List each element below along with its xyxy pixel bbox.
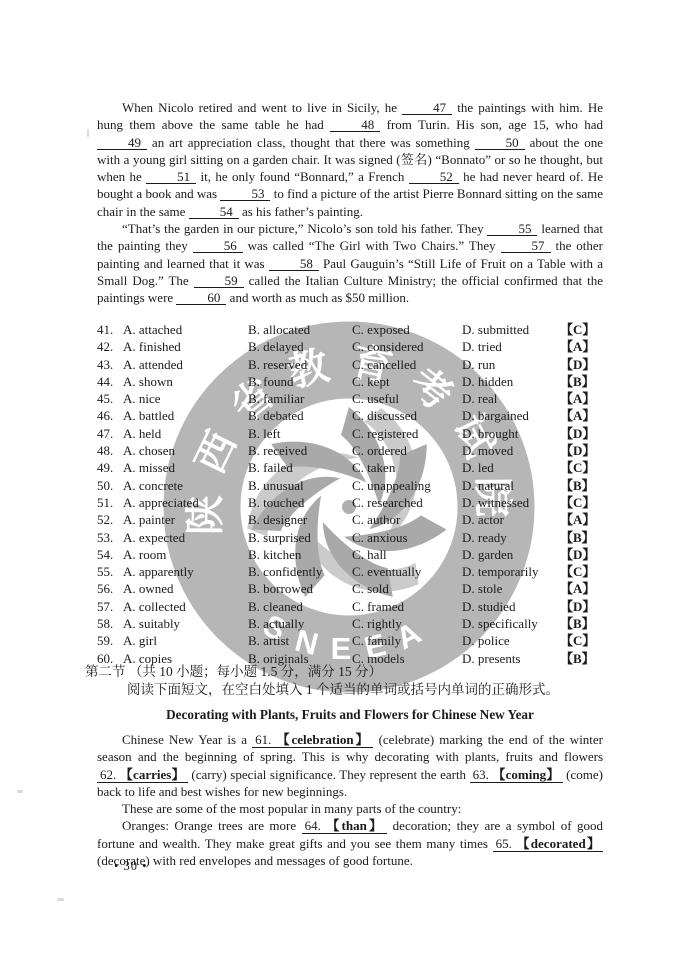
opt-ans: 【B】 [560,615,603,632]
opt-a: A. room [123,546,248,563]
option-row: 42.A. finishedB. delayedC. consideredD. … [97,338,603,355]
option-row: 47.A. heldB. leftC. registeredD. brought… [97,425,603,442]
opt-ans: 【D】 [560,442,603,459]
opt-c: C. sold [352,580,462,597]
opt-b: B. borrowed [248,580,352,597]
opt-a: A. missed [123,459,248,476]
answer-blank-number: 61. [255,732,276,747]
opt-num: 45. [97,390,123,407]
answer-blank: 62. 【carries】 [97,767,188,783]
opt-a: A. painter [123,511,248,528]
opt-b: B. kitchen [248,546,352,563]
opt-c: C. registered [352,425,462,442]
opt-a: A. chosen [123,442,248,459]
scan-artifact [17,790,23,793]
opt-ans: 【B】 [560,529,603,546]
opt-a: A. concrete [123,477,248,494]
option-row: 56.A. ownedB. borrowedC. soldD. stole【A】 [97,580,603,597]
option-row: 57.A. collectedB. cleanedC. framedD. stu… [97,598,603,615]
opt-a: A. shown [123,373,248,390]
opt-ans: 【A】 [560,511,603,528]
opt-b: B. familiar [248,390,352,407]
option-row: 52.A. painterB. designerC. authorD. acto… [97,511,603,528]
opt-num: 42. [97,338,123,355]
opt-b: B. debated [248,407,352,424]
scan-artifact [57,898,64,901]
opt-ans: 【C】 [560,459,603,476]
opt-ans: 【C】 [560,494,603,511]
opt-d: D. bargained [462,407,560,424]
cloze-blank-52: 52 [409,170,459,184]
opt-d: D. ready [462,529,560,546]
answer-blank-number: 62. [100,767,120,782]
opt-ans: 【A】 [560,338,603,355]
opt-a: A. appreciated [123,494,248,511]
opt-b: B. designer [248,511,352,528]
opt-c: C. considered [352,338,462,355]
option-row: 53.A. expectedB. surprisedC. anxiousD. r… [97,529,603,546]
answer-blank: 65. 【decorated】 [493,836,603,852]
opt-num: 43. [97,356,123,373]
option-row: 41.A. attachedB. allocatedC. exposedD. s… [97,321,603,338]
gapfill-paragraph-2: These are some of the most popular in ma… [97,800,603,817]
opt-b: B. reserved [248,356,352,373]
opt-d: D. real [462,390,560,407]
opt-c: C. anxious [352,529,462,546]
answer-blank: 61. 【celebration】 [252,732,373,748]
cloze-blank-58: 58 [269,257,319,271]
opt-num: 41. [97,321,123,338]
opt-a: A. battled [123,407,248,424]
opt-c: C. useful [352,390,462,407]
opt-num: 48. [97,442,123,459]
option-row: 54.A. roomB. kitchenC. hallD. garden【D】 [97,546,603,563]
option-row: 50.A. concreteB. unusualC. unappealingD.… [97,477,603,494]
opt-c: C. eventually [352,563,462,580]
cloze-paragraph-1: When Nicolo retired and went to live in … [97,99,603,220]
passage-title: Decorating with Plants, Fruits and Flowe… [97,707,603,723]
opt-b: B. received [248,442,352,459]
opt-num: 49. [97,459,123,476]
opt-d: D. temporarily [462,563,560,580]
page-number: • 30 • [114,859,148,874]
gapfill-paragraph-3: Oranges: Orange trees are more 64. 【than… [97,817,603,869]
opt-d: D. stole [462,580,560,597]
opt-a: A. collected [123,598,248,615]
opt-num: 55. [97,563,123,580]
opt-b: B. actually [248,615,352,632]
opt-c: C. rightly [352,615,462,632]
opt-a: A. apparently [123,563,248,580]
answer-blank-number: 64. [305,818,327,833]
gapfill-passage: Chinese New Year is a 61. 【celebration】 … [97,731,603,869]
opt-d: D. led [462,459,560,476]
opt-b: B. artist [248,632,352,649]
cloze-blank-56: 56 [193,239,243,253]
opt-num: 52. [97,511,123,528]
opt-ans: 【C】 [560,563,603,580]
cloze-blank-49: 49 [97,136,147,150]
answer-blank: 64. 【than】 [302,818,388,834]
scan-artifact [87,129,89,137]
opt-a: A. attached [123,321,248,338]
gapfill-paragraph-1: Chinese New Year is a 61. 【celebration】 … [97,731,603,800]
answer-blank-word: 【celebration】 [277,732,371,747]
opt-c: C. author [352,511,462,528]
option-row: 49.A. missedB. failedC. takenD. led【C】 [97,459,603,476]
option-row: 58.A. suitablyB. actuallyC. rightlyD. sp… [97,615,603,632]
opt-num: 57. [97,598,123,615]
opt-num: 51. [97,494,123,511]
opt-d: D. police [462,632,560,649]
opt-d: D. studied [462,598,560,615]
opt-a: A. finished [123,338,248,355]
opt-b: B. left [248,425,352,442]
cloze-blank-60: 60 [176,291,226,305]
opt-ans: 【B】 [560,373,603,390]
cloze-blank-59: 59 [194,274,244,288]
opt-a: A. owned [123,580,248,597]
opt-a: A. expected [123,529,248,546]
option-row: 45.A. niceB. familiarC. usefulD. real【A】 [97,390,603,407]
opt-c: C. framed [352,598,462,615]
cloze-blank-51: 51 [146,170,196,184]
opt-num: 54. [97,546,123,563]
opt-num: 46. [97,407,123,424]
opt-ans: 【C】 [560,632,603,649]
opt-d: D. run [462,356,560,373]
exam-scan-page: 陕西省教育考试院 SNEEA When Nicolo retired and w… [0,0,690,976]
opt-d: D. hidden [462,373,560,390]
opt-c: C. unappealing [352,477,462,494]
answer-blank-word: 【than】 [326,818,384,833]
opt-b: B. touched [248,494,352,511]
opt-num: 53. [97,529,123,546]
opt-a: A. held [123,425,248,442]
opt-num: 47. [97,425,123,442]
opt-num: 59. [97,632,123,649]
opt-ans: 【D】 [560,546,603,563]
opt-ans: 【D】 [560,356,603,373]
option-row: 55.A. apparentlyB. confidentlyC. eventua… [97,563,603,580]
option-row: 48.A. chosenB. receivedC. orderedD. move… [97,442,603,459]
cloze-passage: When Nicolo retired and went to live in … [97,99,603,307]
opt-num: 44. [97,373,123,390]
opt-c: C. ordered [352,442,462,459]
opt-num: 50. [97,477,123,494]
opt-ans: 【C】 [560,321,603,338]
opt-d: D. witnessed [462,494,560,511]
cloze-blank-57: 57 [501,239,551,253]
options-table: 41.A. attachedB. allocatedC. exposedD. s… [97,321,603,667]
opt-ans: 【D】 [560,425,603,442]
cloze-blank-54: 54 [189,205,239,219]
opt-ans: 【A】 [560,580,603,597]
opt-ans: 【A】 [560,407,603,424]
opt-d: D. actor [462,511,560,528]
opt-d: D. brought [462,425,560,442]
section2-heading: 第二节 （共 10 小题；每小题 1.5 分，满分 15 分） [85,663,605,681]
opt-d: D. specifically [462,615,560,632]
option-row: 44.A. shownB. foundC. keptD. hidden【B】 [97,373,603,390]
opt-a: A. girl [123,632,248,649]
option-row: 51.A. appreciatedB. touchedC. researched… [97,494,603,511]
section2-instruction: 阅读下面短文，在空白处填入 1 个适当的单词或括号内单词的正确形式。 [97,681,603,699]
opt-c: C. exposed [352,321,462,338]
opt-a: A. suitably [123,615,248,632]
opt-d: D. natural [462,477,560,494]
cloze-blank-55: 55 [487,222,537,236]
cloze-blank-48: 48 [330,118,380,132]
opt-b: B. failed [248,459,352,476]
cloze-paragraph-2: “That’s the garden in our picture,” Nico… [97,220,603,306]
opt-c: C. hall [352,546,462,563]
opt-d: D. tried [462,338,560,355]
opt-num: 58. [97,615,123,632]
option-row: 46.A. battledB. debatedC. discussedD. ba… [97,407,603,424]
answer-blank-word: 【carries】 [120,767,185,782]
opt-ans: 【D】 [560,598,603,615]
opt-ans: 【A】 [560,390,603,407]
opt-ans: 【B】 [560,477,603,494]
opt-b: B. cleaned [248,598,352,615]
opt-c: C. taken [352,459,462,476]
opt-a: A. nice [123,390,248,407]
opt-b: B. surprised [248,529,352,546]
answer-blank-number: 63. [473,767,493,782]
opt-num: 56. [97,580,123,597]
opt-b: B. allocated [248,321,352,338]
cloze-blank-47: 47 [402,101,452,115]
option-row: 59.A. girlB. artistC. familyD. police【C】 [97,632,603,649]
opt-d: D. submitted [462,321,560,338]
opt-b: B. confidently [248,563,352,580]
opt-d: D. moved [462,442,560,459]
opt-c: C. researched [352,494,462,511]
cloze-blank-50: 50 [475,136,525,150]
cloze-blank-53: 53 [220,187,270,201]
option-row: 43.A. attendedB. reservedC. cancelledD. … [97,356,603,373]
opt-b: B. unusual [248,477,352,494]
opt-d: D. garden [462,546,560,563]
opt-b: B. delayed [248,338,352,355]
answer-blank: 63. 【coming】 [470,767,563,783]
opt-a: A. attended [123,356,248,373]
opt-c: C. kept [352,373,462,390]
answer-blank-number: 65. [496,836,517,851]
opt-b: B. found [248,373,352,390]
answer-blank-word: 【decorated】 [516,836,600,851]
opt-c: C. cancelled [352,356,462,373]
opt-c: C. discussed [352,407,462,424]
opt-c: C. family [352,632,462,649]
answer-blank-word: 【coming】 [492,767,559,782]
